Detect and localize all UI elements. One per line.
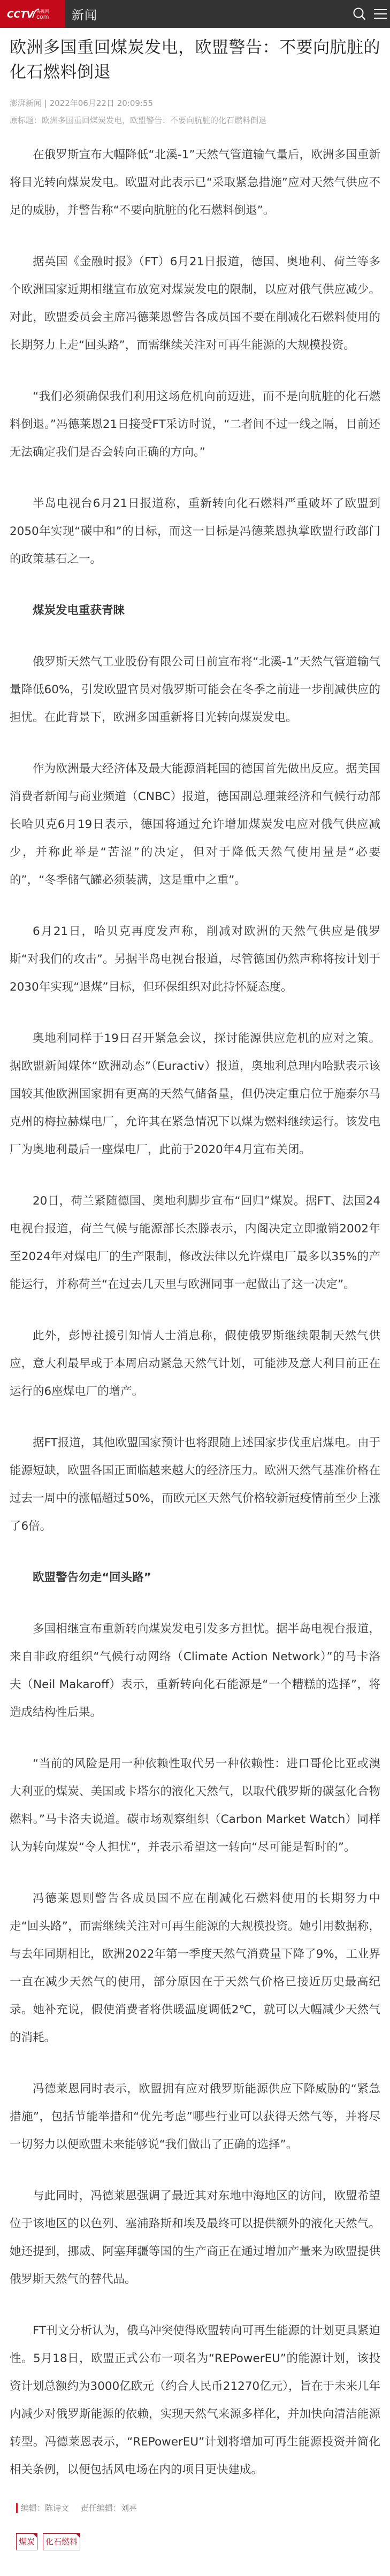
article-body: 在俄罗斯宣布大幅降低“北溪-1”天然气管道输气量后，欧洲多国重新将目光转向煤炭发… — [10, 141, 380, 2484]
cctv-logo-icon: CCTV 央视网 com — [7, 7, 58, 21]
paragraph: 6月21日，哈贝克再度发声称，削减对欧洲的天然气供应是俄罗斯“对我们的攻击”。另… — [10, 918, 380, 1001]
paragraph: FT刊文分析认为，俄乌冲突使得欧盟转向可再生能源的计划更具紧迫性。5月18日，欧… — [10, 2317, 380, 2484]
article-meta: 澎湃新闻 | 2022年06月22日 20:09:55 — [10, 97, 380, 109]
section-heading: 欧盟警告勿走“回头路” — [10, 1564, 380, 1592]
menu-icon — [373, 8, 387, 20]
paragraph: 冯德莱恩则警告各成员国不应在削减化石燃料使用的长期努力中走“回头路”，而需继续关… — [10, 1885, 380, 2052]
paragraph: “我们必须确保我们利用这场危机向前迈进，而不是向肮脏的化石燃料倒退。”冯德莱恩2… — [10, 383, 380, 466]
paragraph: “当前的风险是用一种依赖性取代另一种依赖性：进口哥伦比亚或澳大利亚的煤炭、美国或… — [10, 1750, 380, 1861]
menu-button[interactable] — [373, 0, 390, 28]
editor: 编辑：陈诗文 — [21, 2503, 69, 2513]
article: 欧洲多国重回煤炭发电，欧盟警告：不要向肮脏的化石燃料倒退 澎湃新闻 | 2022… — [0, 35, 390, 2576]
paragraph: 冯德莱恩同时表示，欧盟拥有应对俄罗斯能源供应下降威胁的“紧急措施”，包括节能举措… — [10, 2075, 380, 2159]
svg-text:com: com — [36, 13, 49, 20]
original-title: 原标题：欧洲多国重回煤炭发电，欧盟警告：不要向肮脏的化石燃料倒退 — [10, 114, 380, 126]
top-nav-bar: CCTV 央视网 com 新闻 — [0, 0, 390, 28]
paragraph: 多国相继宣布重新转向煤炭发电引发多方担忧。据半岛电视台报道，来自非政府组织“气候… — [10, 1615, 380, 1727]
paragraph: 半岛电视台6月21日报道称，重新转向化石燃料严重破坏了欧盟到2050年实现“碳中… — [10, 490, 380, 573]
paragraph: 据FT报道，其他欧盟国家预计也将跟随上述国家步伐重启煤电。由于能源短缺，欧盟各国… — [10, 1429, 380, 1540]
paragraph: 据英国《金融时报》（FT）6月21日报道，德国、奥地利、荷兰等多个欧洲国家近期相… — [10, 248, 380, 359]
paragraph: 俄罗斯天然气工业股份有限公司日前宣布将“北溪-1”天然气管道输气量降低60%，引… — [10, 648, 380, 732]
editor-credits: 编辑：陈诗文 责任编辑：刘亮 — [16, 2503, 380, 2513]
paragraph: 此外，彭博社援引知情人士消息称，假使俄罗斯继续限制天然气供应，意大利最早或于本周… — [10, 1322, 380, 1406]
tag-coal[interactable]: 煤炭 — [16, 2533, 37, 2550]
cctv-logo[interactable]: CCTV 央视网 com — [0, 0, 65, 28]
paragraph: 与此同时，冯德莱恩强调了最近其对东地中海地区的访问，欧盟希望位于该地区的以色列、… — [10, 2182, 380, 2294]
tag-list: 煤炭 化石燃料 — [16, 2533, 380, 2576]
paragraph: 奥地利同样于19日召开紧急会议，探讨能源供应危机的应对之策。据欧盟新闻媒体“欧洲… — [10, 1025, 380, 1164]
paragraph: 作为欧洲最大经济体及最大能源消耗国的德国首先做出反应。据美国消费者新闻与商业频道… — [10, 755, 380, 894]
paragraph: 20日，荷兰紧随德国、奥地利脚步宣布“回归”煤炭。据FT、法国24电视台报道，荷… — [10, 1187, 380, 1299]
paragraph: 在俄罗斯宣布大幅降低“北溪-1”天然气管道输气量后，欧洲多国重新将目光转向煤炭发… — [10, 141, 380, 225]
chief-editor: 责任编辑：刘亮 — [81, 2503, 137, 2513]
tag-fossil-fuel[interactable]: 化石燃料 — [43, 2533, 80, 2550]
channel-name[interactable]: 新闻 — [72, 5, 97, 23]
search-button[interactable] — [346, 0, 373, 28]
article-title: 欧洲多国重回煤炭发电，欧盟警告：不要向肮脏的化石燃料倒退 — [10, 35, 380, 85]
section-heading: 煤炭发电重获青睐 — [10, 597, 380, 625]
search-icon — [353, 7, 366, 21]
svg-text:CCTV: CCTV — [7, 10, 35, 20]
